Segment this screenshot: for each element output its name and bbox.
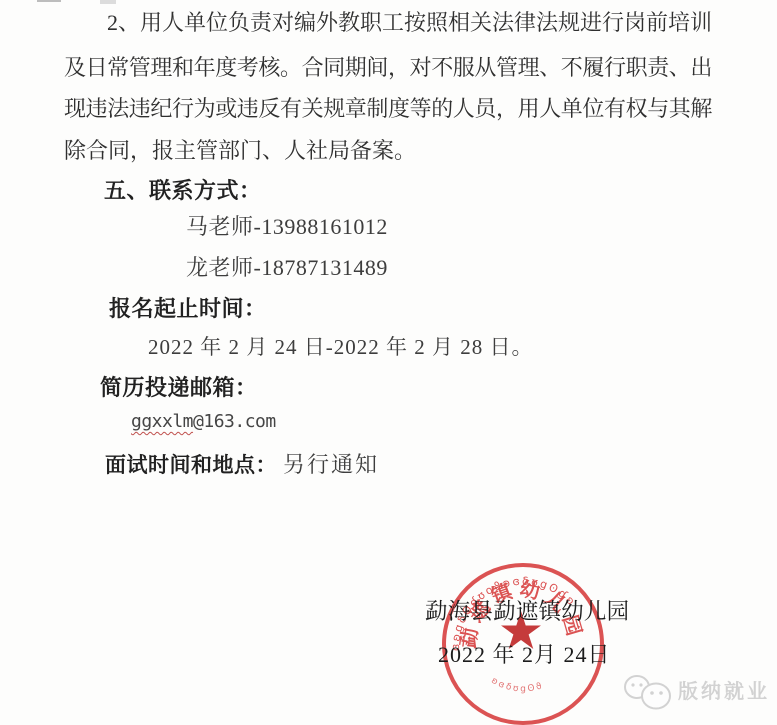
watermark-label: 版纳就业 (678, 682, 770, 702)
bubble-eye (639, 683, 642, 686)
paragraph-line: 现违法违纪行为或违反有关规章制度等的人员，用人单位有权与其解 (64, 98, 712, 120)
registration-period-heading: 报名起止时间： (109, 298, 267, 320)
signature-date: 2022 年 2月 24日 (438, 644, 611, 666)
contact-phone-ma: 马老师-13988161012 (186, 216, 388, 238)
document-page: 2、用人单位负责对编外教职工按照相关法律法规进行岗前培训 及日常管理和年度考核。… (0, 0, 777, 725)
bubble-eye (631, 683, 634, 686)
chat-bubbles-icon (622, 674, 674, 710)
paragraph-line: 除合同，报主管部门、人社局备案。 (64, 140, 416, 162)
bubble-eye (659, 691, 663, 695)
bubble-eye (650, 691, 654, 695)
email-rest-part: @163.com (193, 411, 276, 432)
seal-bottom-script: ʚɞδʊgʘϑ (489, 676, 545, 695)
registration-period-dates: 2022 年 2 月 24 日-2022 年 2 月 28 日。 (148, 337, 534, 358)
interview-value: 另行通知 (283, 452, 379, 477)
resume-email-heading: 简历投递邮箱： (100, 377, 258, 399)
contact-section-heading: 五、联系方式： (104, 180, 262, 202)
signature-organization: 勐海县勐遮镇幼儿园 (425, 601, 629, 624)
large-bubble (642, 684, 670, 709)
email-wavy-part: ggxxlm (131, 411, 193, 432)
paragraph-line: 及日常管理和年度考核。合同期间，对不服从管理、不履行职责、出 (64, 57, 712, 79)
contact-phone-long: 龙老师-18787131489 (186, 257, 388, 279)
resume-email-address: ggxxlm@163.com (131, 413, 276, 431)
interview-heading: 面试时间和地点： (105, 453, 277, 477)
paragraph-line: 2、用人单位负责对编外教职工按照相关法律法规进行岗前培训 (107, 12, 712, 34)
cropped-text-artifact (100, 0, 116, 4)
cropped-text-artifact (37, 0, 61, 2)
interview-info-line: 面试时间和地点：另行通知 (105, 454, 379, 476)
